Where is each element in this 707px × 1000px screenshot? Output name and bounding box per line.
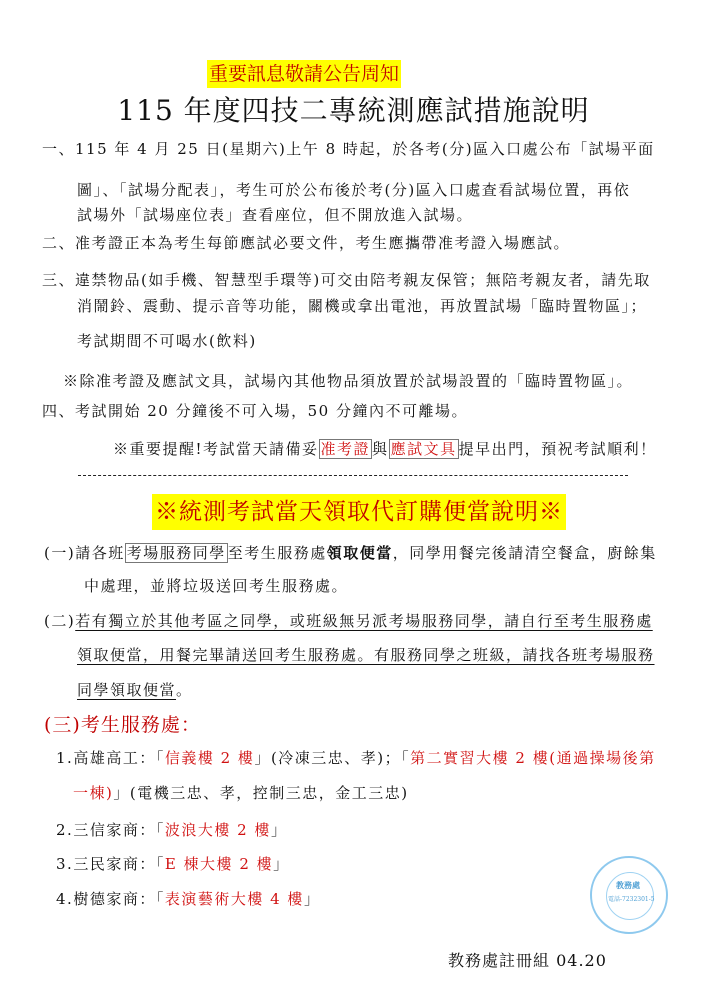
lunch-item-2-text-3: 同學領取便當 [77,681,176,699]
lunch-item-2-line-3: 同學領取便當。 [77,680,193,700]
pickup-lunch-bold: 領取便當 [327,544,393,562]
lunch-item-2-end: 。 [176,681,193,699]
item-2: 二、准考證正本為考生每節應試必要文件，考生應攜帶准考證入場應試。 [42,233,570,253]
page-title: 115 年度四技二專統測應試措施說明 [0,93,707,129]
location-2-building: 波浪大樓 2 樓 [165,821,271,839]
item-3-line-1: 三、違禁物品(如手機、智慧型手環等)可交由陪考親友保管；無陪考親友者，請先取 [42,270,651,290]
location-1-building-2: 第二實習大樓 2 樓(通過操場後第 [410,749,655,767]
reminder-prefix: ※重要提醒!考試當天請備妥 [113,440,319,458]
item-1-line-2: 圖」、「試場分配表」，考生可於公布後於考(分)區入口處查看試場位置，再依 [77,180,630,200]
item-4: 四、考試開始 20 分鐘後不可入場，50 分鐘內不可離場。 [42,401,468,421]
location-3-school: 三民家商： [73,855,156,873]
location-1-school: 高雄高工： [73,749,156,767]
stamp-phone-text: 電話-7232301-5 [608,894,655,903]
lunch-item-1-line-2: 中處理，並將垃圾送回考生服務處。 [84,576,348,596]
location-1-building-1: 信義樓 2 樓 [165,749,255,767]
lunch-item-1-mid: 至考生服務處 [228,544,327,562]
service-student-boxed: 考場服務同學 [125,543,228,563]
location-4-school: 樹德家商： [73,890,156,908]
location-4-building: 表演藝術大樓 4 樓 [165,890,304,908]
location-4-open: 「 [156,890,165,908]
location-3-open: 「 [156,855,165,873]
lunch-item-2-prefix: (二) [44,612,75,630]
lunch-item-1-line-1: (一)請各班考場服務同學至考生服務處領取便當，同學用餐完後請清空餐盒，廚餘集 [44,543,657,563]
reminder-stationery: 應試文具 [389,439,459,459]
lunch-item-2-line-1: (二)若有獨立於其他考區之同學，或班級無另派考場服務同學，請自行至考生服務處 [44,611,653,631]
reminder-suffix: 提早出門，預祝考試順利！ [459,440,657,458]
item-1-line-3: 試場外「試場座位表」查看座位，但不開放進入試場。 [77,205,473,225]
location-3: 3.三民家商：「E 棟大樓 2 樓」 [56,854,290,874]
location-2-school: 三信家商： [73,821,156,839]
item-3-line-2: 消鬧鈴、震動、提示音等功能，關機或拿出電池，再放置試場「臨時置物區」； [77,296,647,316]
location-2-open: 「 [156,821,165,839]
official-seal-stamp: 教務處 電話-7232301-5 [590,856,668,934]
item-1-line-1: 一、115 年 4 月 25 日(星期六)上午 8 時起，於各考(分)區入口處公… [42,139,655,159]
footer-signature: 教務處註冊組 04.20 [448,948,607,971]
service-center-heading: (三)考生服務處： [44,710,201,737]
location-2-close: 」 [271,821,288,839]
location-3-close: 」 [273,855,290,873]
location-3-building: E 棟大樓 2 樓 [165,855,273,873]
lunch-item-1-suffix: ，同學用餐完後請清空餐盒，廚餘集 [393,544,657,562]
location-1-open: 「 [156,749,165,767]
lunch-item-2-text-1: 若有獨立於其他考區之同學，或班級無另派考場服務同學，請自行至考生服務處 [75,612,653,630]
dashed-divider [78,475,628,476]
location-4: 4.樹德家商：「表演藝術大樓 4 樓」 [56,889,320,909]
location-1-building-2-cont: 一棟) [73,784,113,802]
location-1-classes: 」(電機三忠、孝，控制三忠，金工三忠) [113,784,408,802]
important-reminder: ※重要提醒!考試當天請備妥准考證與應試文具提早出門，預祝考試順利！ [113,439,657,459]
location-1-num: 1. [56,749,73,767]
location-2-num: 2. [56,821,73,839]
lunch-banner: ※統測考試當天領取代訂購便當說明※ [152,494,566,530]
location-3-num: 3. [56,855,73,873]
reminder-joiner: 與 [372,440,389,458]
location-2: 2.三信家商：「波浪大樓 2 樓」 [56,820,287,840]
lunch-item-2-line-2: 領取便當，用餐完畢請送回考生服務處。有服務同學之班級，請找各班考場服務 [77,645,655,665]
location-1-line-1: 1.高雄高工：「信義樓 2 樓」(冷凍三忠、孝)；「第二實習大樓 2 樓(通過操… [56,748,656,768]
item-3-line-3: 考試期間不可喝水(飲料) [77,331,257,351]
note-personal-items: ※除准考證及應試文具，試場內其他物品須放置於試場設置的「臨時置物區」。 [63,371,633,391]
reminder-admission-ticket: 准考證 [319,439,373,459]
stamp-office-text: 教務處 [616,880,640,891]
lunch-item-1-prefix: (一)請各班 [44,544,125,562]
location-4-close: 」 [304,890,321,908]
location-1-line-2: 一棟)」(電機三忠、孝，控制三忠，金工三忠) [73,783,409,803]
location-4-num: 4. [56,890,73,908]
location-1-mid: 」(冷凍三忠、孝)；「 [254,749,410,767]
important-notice-banner: 重要訊息敬請公告周知 [207,60,401,88]
